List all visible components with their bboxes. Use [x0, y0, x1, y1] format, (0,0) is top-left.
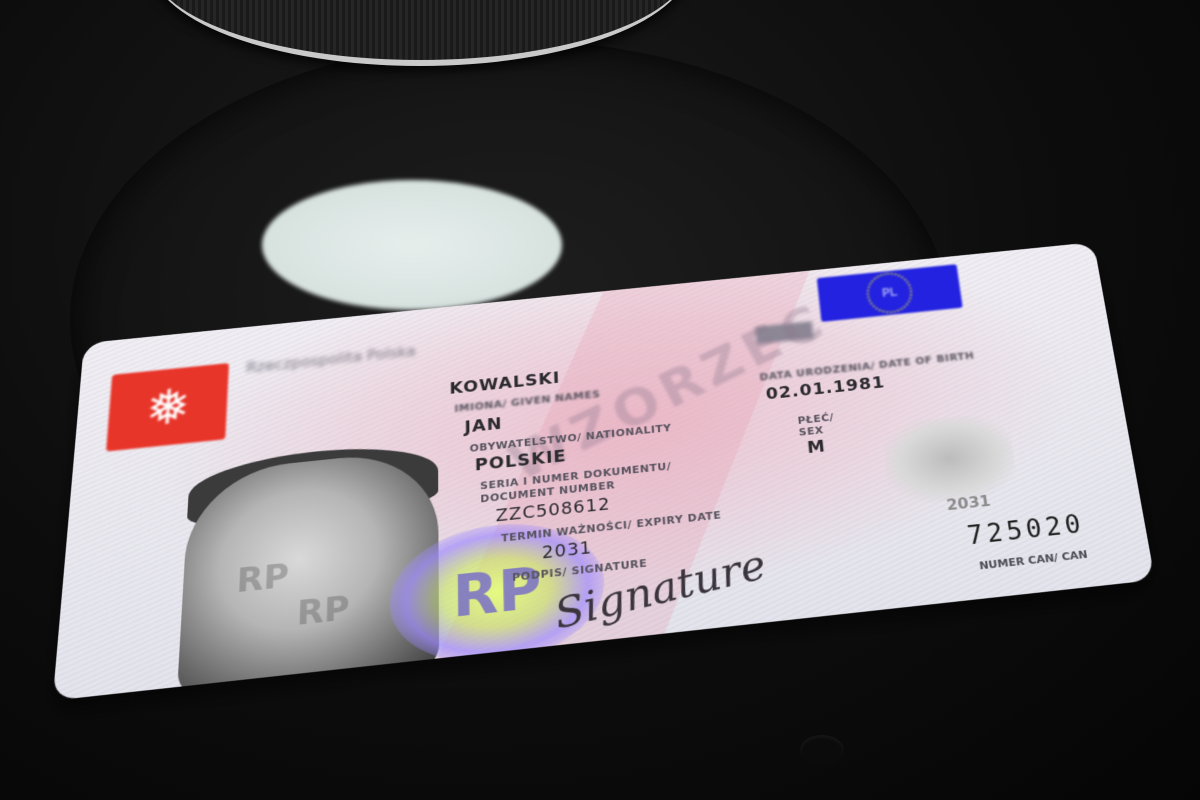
eu-flag-icon: PL — [817, 264, 963, 322]
given-names-value: JAN — [464, 414, 502, 437]
mount-peg — [800, 735, 844, 765]
can-number: 725020 — [966, 510, 1087, 551]
polish-eagle-icon: ❅ — [106, 363, 229, 451]
eu-stars-icon — [865, 271, 915, 316]
photo-overlay-mark: RP — [296, 589, 350, 634]
photo-scene: ❅ Rzeczpospolita Polska PL WZORZEC RP RP… — [0, 0, 1200, 800]
light-window — [262, 180, 562, 310]
photo-overlay-mark: RP — [236, 557, 290, 601]
ghost-image-year: 2031 — [945, 492, 991, 514]
sex-value: M — [806, 437, 826, 458]
ghost-image — [881, 411, 1019, 507]
can-label: NUMER CAN/ CAN — [978, 548, 1088, 572]
